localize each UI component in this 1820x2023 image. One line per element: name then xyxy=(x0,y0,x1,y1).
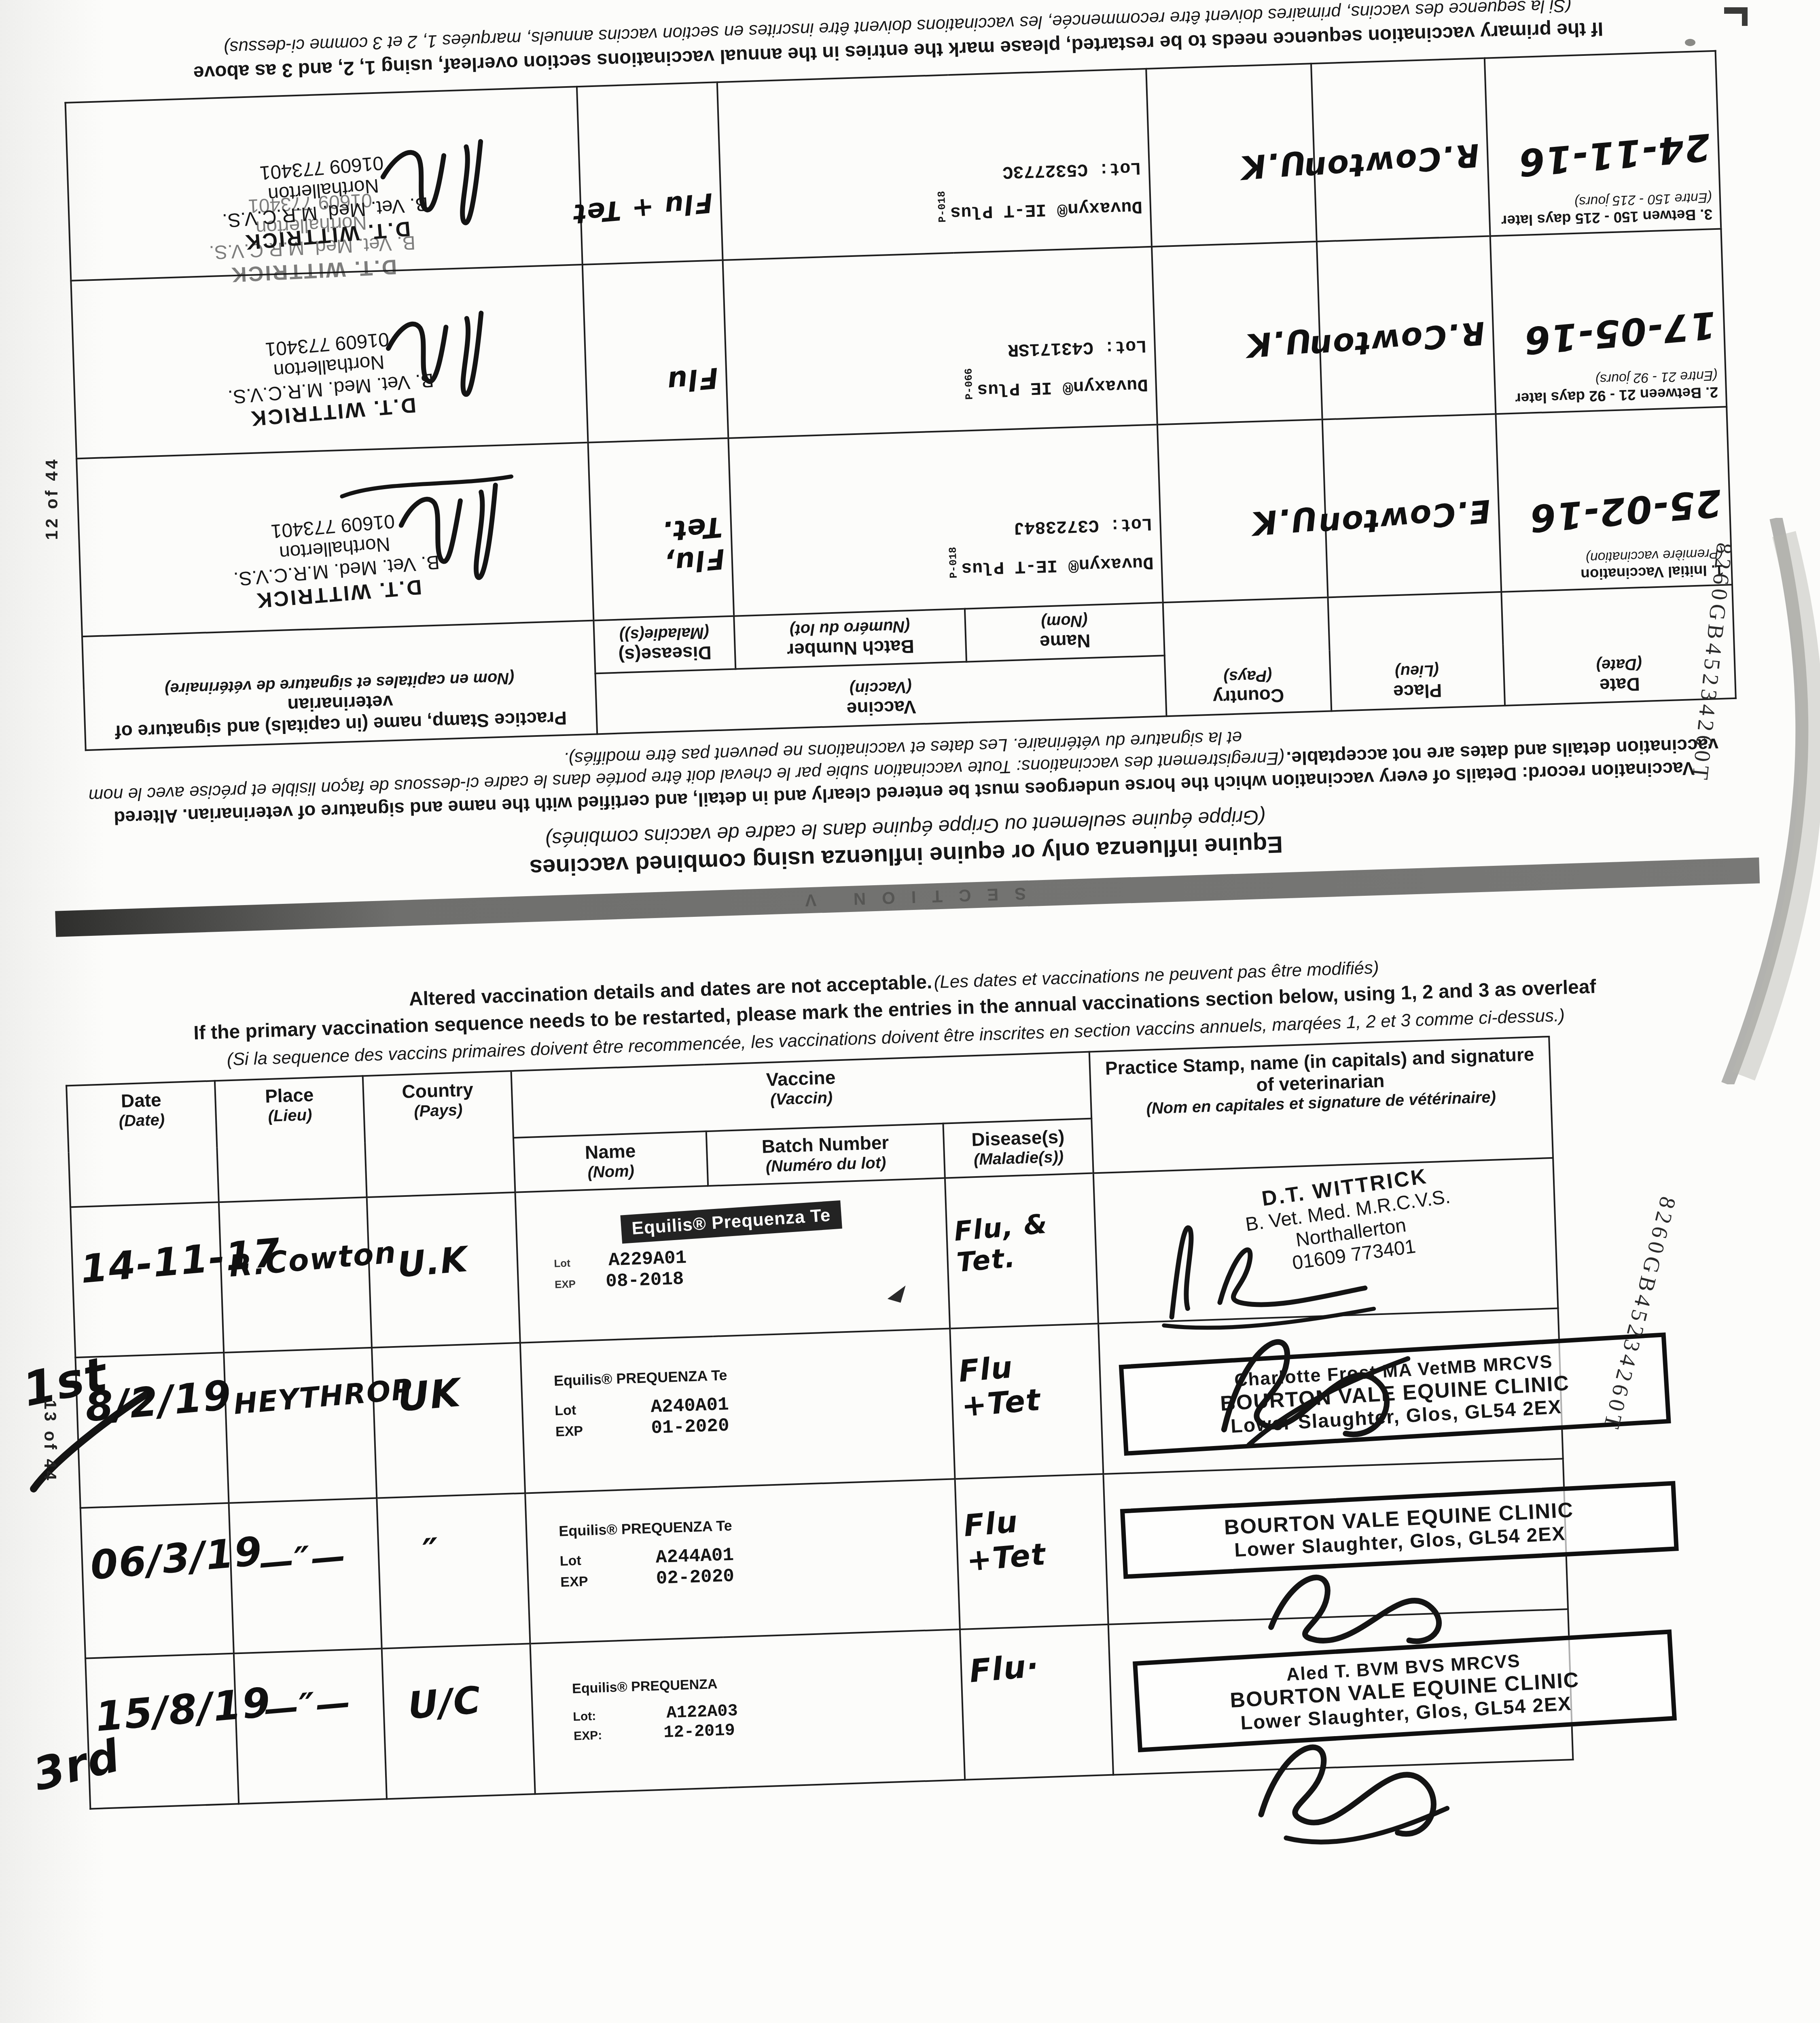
country-cell: U.K xyxy=(1152,242,1322,425)
vaccine-name: Duvaxyn® IE Plus xyxy=(977,374,1148,399)
disease-cell: Flu, Tet. xyxy=(588,438,734,620)
stamp-cell: D.T. WITTRICK B. Vet. Med. M.R.C.V.S. No… xyxy=(76,442,593,636)
stamp-cell: D.T. WITTRICK B. Vet. Med. M.R.C.V.S. No… xyxy=(71,265,588,459)
vaccine-label-sticker: Equilis® Prequenza Te xyxy=(621,1200,842,1244)
vaccine-code: P-018 xyxy=(947,547,960,579)
col-header-stamp: Practice Stamp, name (in capitals) and s… xyxy=(82,620,597,750)
handwritten-disease: Flu +Tet xyxy=(957,1343,1095,1424)
vaccine-cell: Duvaxyn® IE-T Plus P-018 Lot: C532773C xyxy=(717,69,1152,260)
practice-stamp-box: Aled T. BVM BVS MRCVS BOURTON VALE EQUIN… xyxy=(1133,1629,1677,1752)
disease-cell: Flu + Tet xyxy=(577,82,723,265)
place-cell: R.Cowton xyxy=(1311,58,1490,241)
handwritten-place: R.Cowton xyxy=(1302,136,1481,187)
place-cell: R.Cowton xyxy=(219,1197,372,1353)
disease-cell: Flu +Tet xyxy=(955,1474,1108,1629)
disease-cell: Flu +Tet xyxy=(950,1323,1104,1479)
vaccine-name: Duvaxyn® IE-T Plus xyxy=(950,196,1143,222)
col-header-vaccine-name: Name (Nom) xyxy=(965,602,1165,662)
page-curl-shadow xyxy=(1655,518,1820,1084)
practice-stamp-box: BOURTON VALE EQUINE CLINIC Lower Slaught… xyxy=(1120,1481,1679,1579)
handwritten-date: 24-11-16 xyxy=(1516,125,1712,184)
handwritten-country: U/C xyxy=(406,1678,483,1728)
handwritten-disease: Flu, Tet. xyxy=(597,510,726,584)
place-cell: R.Cowton xyxy=(1317,236,1496,419)
col-header-country: Country (Pays) xyxy=(1163,597,1332,716)
vaccine-cell: Equilis® PREQUENZA Lot: A122A03 EXP: 12-… xyxy=(530,1629,965,1794)
col-header-batch: Batch Number (Numéro du lot) xyxy=(734,609,966,669)
country-cell: U/C xyxy=(382,1643,535,1799)
stamp-cell: D.T. WITTRICK B. Vet. Med. M.R.C.V.S. No… xyxy=(66,87,583,281)
scanned-passport-page: SECTION V Equine influenza only or equin… xyxy=(0,0,1820,2023)
vaccine-name: Duvaxyn® IE-T Plus xyxy=(961,552,1154,578)
annual-vaccination-section: Altered vaccination details and dates ar… xyxy=(10,942,1806,1882)
batch-number: Lot: C43171SR xyxy=(733,335,1147,368)
handwritten-country: U.K xyxy=(396,1239,470,1285)
primary-vaccination-table: Date (Date) Place (Lieu) Country (Pays) … xyxy=(64,50,1736,751)
vaccine-brand: Equilis® PREQUENZA Te xyxy=(553,1359,943,1389)
date-cell: 3. Betwen 150 - 215 days later (Entre 15… xyxy=(1484,51,1721,236)
col-header-date: Date (Date) xyxy=(66,1081,218,1207)
col-header-stamp: Practice Stamp, name (in capitals) and s… xyxy=(1089,1037,1553,1173)
lot-number: A122A03 xyxy=(666,1701,738,1723)
col-header-disease: Disease(s) (Maladie(s)) xyxy=(594,616,736,673)
ink-blot xyxy=(888,1282,906,1303)
disease-cell: Flu· xyxy=(960,1624,1113,1780)
vaccine-cell: Duvaxyn® IE Plus P-066 Lot: C43171SR xyxy=(723,246,1157,438)
date-cell: 06/3/19 xyxy=(81,1503,234,1658)
col-header-place: Place (Lieu) xyxy=(215,1076,367,1202)
practice-stamp: D.T. WITTRICK B. Vet. Med. M.R.C.V.S. No… xyxy=(79,312,581,444)
vaccine-code: P-066 xyxy=(962,368,975,400)
vaccine-code: P-018 xyxy=(936,191,949,223)
col-header-vaccine-name: Name (Nom) xyxy=(513,1131,708,1192)
col-header-batch: Batch Number (Numéro du lot) xyxy=(706,1124,945,1186)
section-bar-label: SECTION V xyxy=(788,884,1026,910)
col-header-disease: Disease(s) (Maladie(s)) xyxy=(943,1119,1093,1178)
vaccine-brand: Equilis® PREQUENZA xyxy=(572,1669,954,1697)
handwritten-disease: Flu + Tet xyxy=(572,187,714,229)
date-cell: 14-11-17 xyxy=(70,1202,224,1357)
col-header-country: Country (Pays) xyxy=(363,1071,515,1197)
lot-number: A240A01 xyxy=(650,1394,729,1418)
expiry-date: 01-2020 xyxy=(651,1415,730,1439)
vaccine-cell: Duvaxyn® IE-T Plus P-018 Lot: C372384J xyxy=(728,424,1163,616)
expiry-date: 08-2018 xyxy=(606,1268,684,1292)
vaccine-cell: Equilis® Prequenza Te Lot A229A01 EXP 08… xyxy=(515,1178,950,1343)
date-cell: 15/8/19 xyxy=(85,1654,239,1809)
practice-stamp: D.T. WITTRICK B. Vet. Med. M.R.C.V.S. No… xyxy=(1147,1149,1551,1293)
handwritten-disease: Flu xyxy=(665,361,720,398)
handwritten-disease: Flu +Tet xyxy=(962,1497,1100,1578)
expiry-date: 02-2020 xyxy=(656,1565,735,1589)
disease-cell: Flu, & Tet. xyxy=(945,1173,1098,1328)
vaccine-brand: Equilis® PREQUENZA Te xyxy=(559,1510,949,1540)
lot-number: A244A01 xyxy=(655,1544,734,1568)
handwritten-date: 17-05-16 xyxy=(1522,303,1718,362)
col-header-place: Place (Lieu) xyxy=(1328,592,1505,711)
vaccine-cell: Equilis® PREQUENZA Te Lot A240A01 EXP 01… xyxy=(520,1328,955,1493)
annual-vaccination-table: Date (Date) Place (Lieu) Country (Pays) … xyxy=(66,1036,1574,1810)
place-cell: —″— xyxy=(229,1498,382,1654)
handwritten-country: UK xyxy=(396,1370,463,1421)
handwritten-country: U.K xyxy=(1250,499,1319,542)
practice-stamp: D.T. WITTRICK B. Vet. Med. M.R.C.V.S. No… xyxy=(85,494,587,626)
handwritten-place: R.Cowton xyxy=(1307,314,1486,365)
page-number-bottom: 13 of 44 xyxy=(40,1400,60,1482)
batch-number: Lot: C372384J xyxy=(739,513,1153,546)
handwritten-ditto: ″ xyxy=(422,1531,441,1572)
vaccine-cell: Equilis® PREQUENZA Te Lot A244A01 EXP 02… xyxy=(525,1479,960,1643)
batch-number: Lot: C532773C xyxy=(728,157,1142,190)
handwritten-disease: Flu· xyxy=(968,1648,1041,1690)
country-cell: ″ xyxy=(377,1493,530,1649)
handwritten-place: E.Cowton xyxy=(1316,492,1492,543)
country-cell: U.K xyxy=(1146,64,1317,247)
handwritten-ditto: —″— xyxy=(262,1682,353,1730)
date-cell: 2. Between 21 - 92 days later (Entre 21 … xyxy=(1490,229,1727,414)
handwritten-ditto: —″— xyxy=(257,1536,348,1584)
lot-number: A229A01 xyxy=(608,1247,687,1271)
corner-mark xyxy=(1742,7,1748,26)
stamp-cell: Aled T. BVM BVS MRCVS BOURTON VALE EQUIN… xyxy=(1108,1609,1573,1775)
country-cell: UK xyxy=(372,1343,525,1498)
handwritten-disease: Flu, & Tet. xyxy=(953,1205,1090,1278)
ink-speck xyxy=(1685,39,1695,46)
handwritten-country: U.K xyxy=(1239,143,1308,186)
practice-stamp-box: Charlotte Frost MA VetMB MRCVS BOURTON V… xyxy=(1119,1332,1671,1456)
primary-vaccination-section: SECTION V Equine influenza only or equin… xyxy=(11,1,1777,937)
country-cell: U.K xyxy=(1157,419,1328,602)
handwritten-country: U.K xyxy=(1244,321,1314,364)
place-cell: HEYTHROP xyxy=(224,1348,377,1503)
stamp-cell: BOURTON VALE EQUINE CLINIC Lower Slaught… xyxy=(1103,1459,1568,1624)
disease-cell: Flu xyxy=(583,260,729,443)
expiry-date: 12-2019 xyxy=(663,1721,735,1743)
stamp-cell: D.T. WITTRICK B. Vet. Med. M.R.C.V.S. No… xyxy=(1093,1158,1558,1323)
page-number-top: 12 of 44 xyxy=(42,457,61,540)
stamp-cell: Charlotte Frost MA VetMB MRCVS BOURTON V… xyxy=(1098,1308,1563,1474)
place-cell: E.Cowton xyxy=(1322,414,1501,597)
